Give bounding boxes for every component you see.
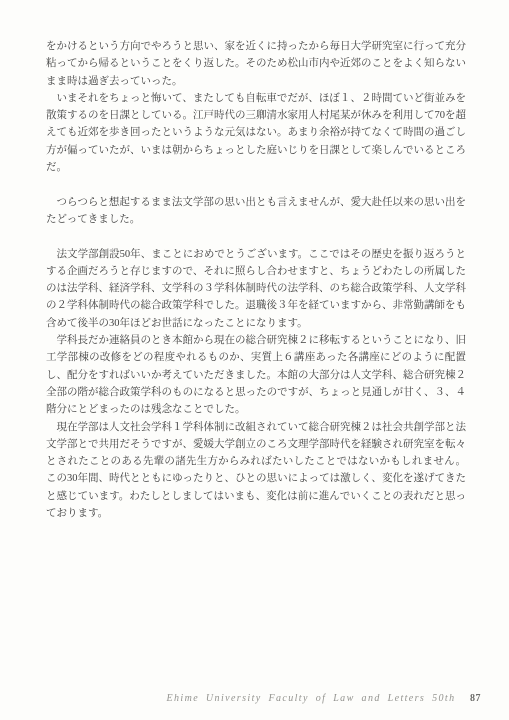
section-memoir-daily-life: をかけるという方向でやろうと思い、家を近くに持ったから毎日大学研究室に行って充分…: [46, 38, 466, 176]
section-faculty-history: 法文学部創設50年、まことにおめでとうございます。ここではその歴史を振り返ろうと…: [46, 246, 466, 523]
paragraph: 学科長だか連絡員のとき本館から現在の総合研究棟２に移転するということになり、旧工…: [46, 332, 466, 418]
page-footer: Ehime University Faculty of Law and Lett…: [166, 694, 481, 704]
paragraph: 法文学部創設50年、まことにおめでとうございます。ここではその歴史を振り返ろうと…: [46, 246, 466, 332]
paragraph: いまそれをちょっと悔いて、またしても自転車でだが、ほぼ１、２時間ていど街並みを散…: [46, 90, 466, 176]
paragraph: をかけるという方向でやろうと思い、家を近くに持ったから毎日大学研究室に行って充分…: [46, 38, 466, 90]
text-block: をかけるという方向でやろうと思い、家を近くに持ったから毎日大学研究室に行って充分…: [46, 38, 466, 522]
page-number: 87: [470, 694, 481, 704]
document-page: をかけるという方向でやろうと思い、家を近くに持ったから毎日大学研究室に行って充分…: [0, 0, 509, 720]
running-title: Ehime University Faculty of Law and Lett…: [166, 693, 455, 704]
paragraph: つらつらと想起するまま法文学部の思い出とも言えませんが、愛大赴任以来の思い出をた…: [46, 194, 466, 229]
section-memoir-transition: つらつらと想起するまま法文学部の思い出とも言えませんが、愛大赴任以来の思い出をた…: [46, 194, 466, 229]
paragraph: 現在学部は人文社会学科１学科体制に改組されていて総合研究棟２は社会共創学部と法文…: [46, 419, 466, 523]
